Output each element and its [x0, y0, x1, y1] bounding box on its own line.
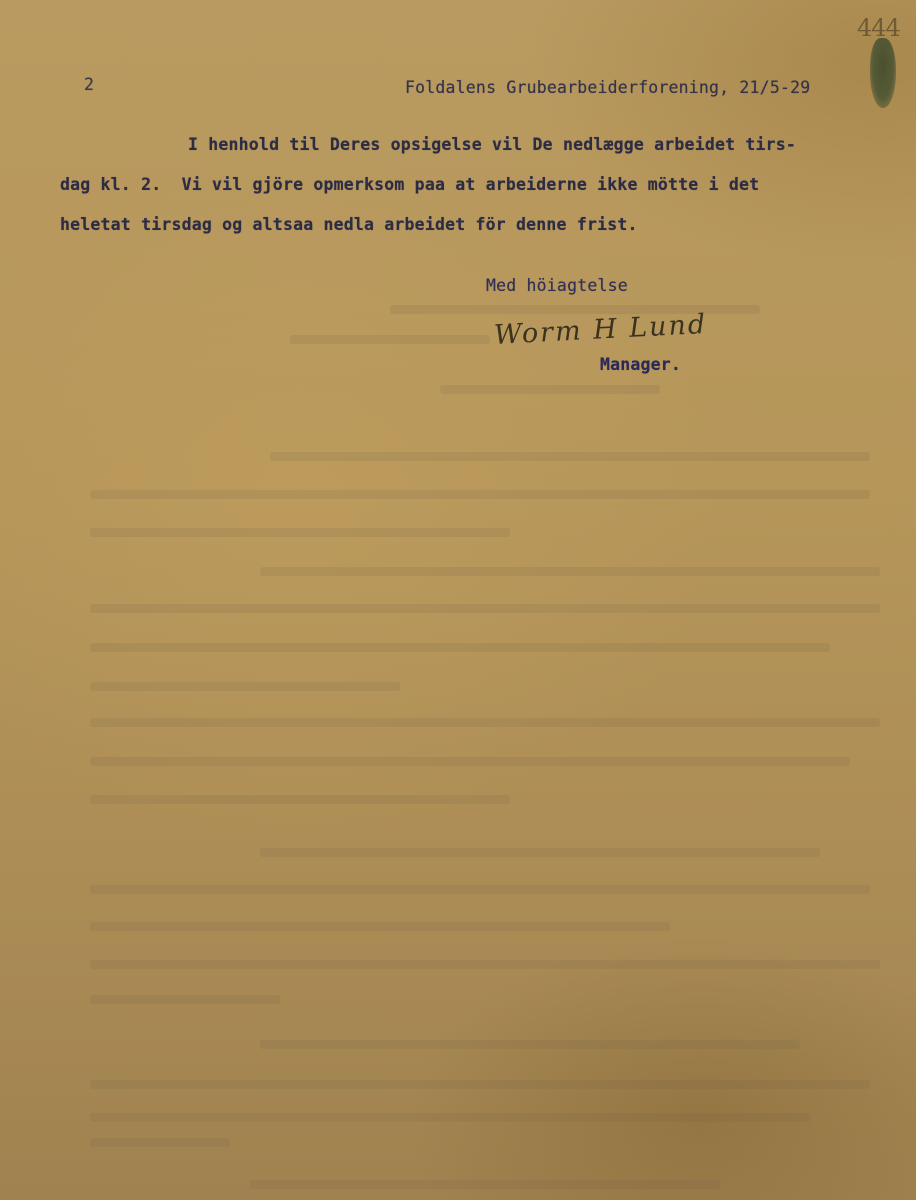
body-line: heletat tirsdag og altsaa nedla arbeidet… — [60, 215, 638, 234]
body-line: I henhold til Deres opsigelse vil De ned… — [188, 135, 796, 154]
ink-stain — [870, 38, 896, 108]
page-number: 2 — [84, 75, 94, 94]
closing-salutation: Med höiagtelse — [486, 276, 628, 295]
handwritten-signature: Worm H Lund — [493, 309, 708, 351]
document-page: 444 2 Foldalens Grubearbeiderforening, 2… — [0, 0, 916, 1200]
body-line: dag kl. 2. Vi vil gjöre opmerksom paa at… — [60, 175, 759, 194]
letter-header: Foldalens Grubearbeiderforening, 21/5-29 — [405, 78, 810, 97]
signer-title: Manager. — [600, 355, 681, 374]
